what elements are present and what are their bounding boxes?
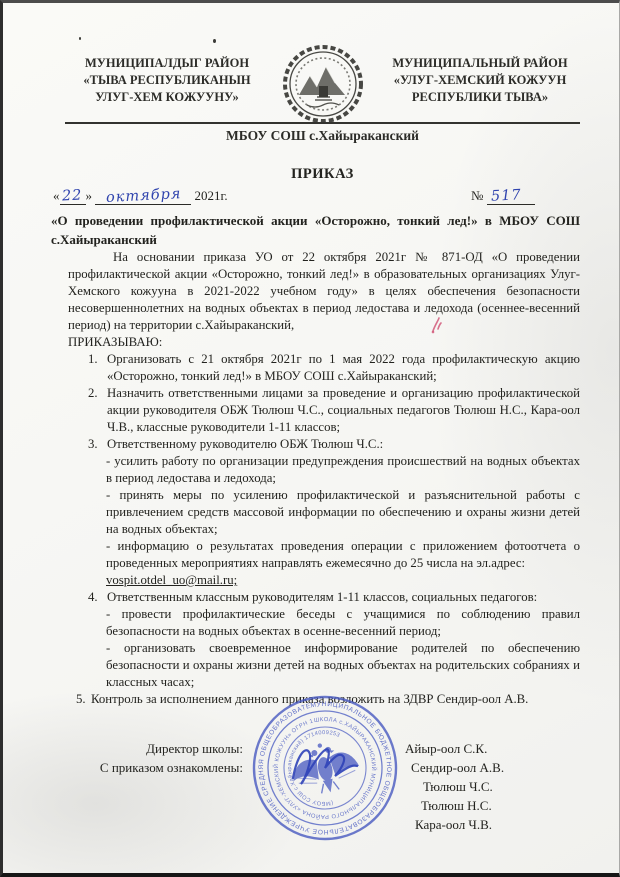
letterhead-divider-line bbox=[65, 122, 580, 124]
letterhead-right-line1: МУНИЦИПАЛЬНЫЙ РАЙОН bbox=[371, 55, 589, 72]
document-title: ПРИКАЗ bbox=[65, 166, 580, 183]
letterhead-left-line3: УЛУГ-ХЕМ КОЖУУНУ» bbox=[61, 89, 273, 106]
letterhead-left-tyvan: МУНИЦИПАЛДЫГ РАЙОН «ТЫВА РЕСПУБЛИКАНЫН У… bbox=[61, 55, 273, 106]
order-item-4-sub-1: - провести профилактические беседы с уча… bbox=[106, 606, 580, 640]
order-item-2: 2. Назначить ответственными лицами за пр… bbox=[88, 385, 580, 436]
date-number-line: «22» октября 2021г. № 517 bbox=[53, 188, 580, 210]
scan-speck bbox=[79, 37, 81, 40]
acknowledged-name-1: Сендир-оол А.В. bbox=[411, 760, 551, 776]
order-item-3-sub-1: - усилить работу по организации предупре… bbox=[106, 453, 580, 487]
handwritten-order-number: 517 bbox=[490, 187, 521, 205]
acknowledged-name-4: Кара-оол Ч.В. bbox=[415, 817, 555, 833]
emblem-icon bbox=[277, 43, 369, 125]
handwritten-day: 22 bbox=[62, 187, 83, 204]
order-number-block: № 517 bbox=[471, 188, 535, 205]
order-subject: «О проведении профилактической акции «Ос… bbox=[51, 211, 580, 249]
date-quote-close: » bbox=[86, 188, 93, 203]
item-text: Ответственным классным руководителям 1-1… bbox=[107, 589, 580, 606]
acknowledged-name-3: Тюлюш Н.С. bbox=[421, 798, 561, 814]
district-coat-of-arms-emblem bbox=[277, 43, 369, 130]
acknowledged-name-2: Тюлюш Ч.С. bbox=[423, 779, 563, 795]
item-number: 4. bbox=[88, 589, 107, 606]
order-item-3-sub-3: - информацию о результатах проведения оп… bbox=[106, 538, 580, 572]
item-number: 2. bbox=[88, 385, 107, 436]
director-handwritten-signature bbox=[285, 738, 365, 790]
order-item-4: 4. Ответственным классным руководителям … bbox=[88, 589, 580, 606]
item-text: Организовать с 21 октября 2021г по 1 мая… bbox=[107, 351, 580, 385]
scanned-order-document: МУНИЦИПАЛДЫГ РАЙОН «ТЫВА РЕСПУБЛИКАНЫН У… bbox=[0, 0, 620, 877]
item-number: 1. bbox=[88, 351, 107, 385]
order-item-1: 1. Организовать с 21 октября 2021г по 1 … bbox=[88, 351, 580, 385]
acknowledged-label: С приказом ознакомлены: bbox=[58, 760, 243, 776]
date-block: «22» октября 2021г. bbox=[53, 188, 228, 205]
handwritten-month: октября bbox=[105, 186, 181, 206]
order-word: ПРИКАЗЫВАЮ: bbox=[68, 334, 580, 351]
director-label: Директор школы: bbox=[58, 741, 243, 757]
director-name: Айыр-оол С.К. bbox=[405, 741, 545, 757]
item-number: 5. bbox=[76, 691, 91, 708]
report-email-address: vospit.otdel_uo@mail.ru; bbox=[106, 572, 580, 589]
order-body: На основании приказа УО от 22 октября 20… bbox=[68, 249, 580, 708]
item-text: Назначить ответственными лицами за прове… bbox=[107, 385, 580, 436]
letterhead-right-line3: РЕСПУБЛИКИ ТЫВА» bbox=[371, 89, 589, 106]
order-item-3: 3. Ответственному руководителю ОБЖ Тюлюш… bbox=[88, 436, 580, 453]
letterhead-right-line2: «УЛУГ-ХЕМСКИЙ КОЖУУН bbox=[371, 72, 589, 89]
order-item-3-sub-2: - принять меры по усилению профилактичес… bbox=[106, 487, 580, 538]
red-ink-mark bbox=[427, 315, 449, 335]
letterhead-left-line2: «ТЫВА РЕСПУБЛИКАНЫН bbox=[61, 72, 273, 89]
school-name: МБОУ СОШ с.Хайыраканский bbox=[65, 128, 580, 144]
number-sign: № bbox=[471, 188, 483, 203]
item-number: 3. bbox=[88, 436, 107, 453]
letterhead-right-russian: МУНИЦИПАЛЬНЫЙ РАЙОН «УЛУГ-ХЕМСКИЙ КОЖУУН… bbox=[371, 55, 589, 106]
preamble-paragraph: На основании приказа УО от 22 октября 20… bbox=[68, 249, 580, 334]
letterhead-left-line1: МУНИЦИПАЛДЫГ РАЙОН bbox=[61, 55, 273, 72]
item-text: Ответственному руководителю ОБЖ Тюлюш Ч.… bbox=[107, 436, 580, 453]
scan-speck bbox=[213, 39, 216, 43]
date-year: 2021г. bbox=[195, 188, 228, 203]
order-item-4-sub-2: - организовать своевременное информирова… bbox=[106, 640, 580, 691]
